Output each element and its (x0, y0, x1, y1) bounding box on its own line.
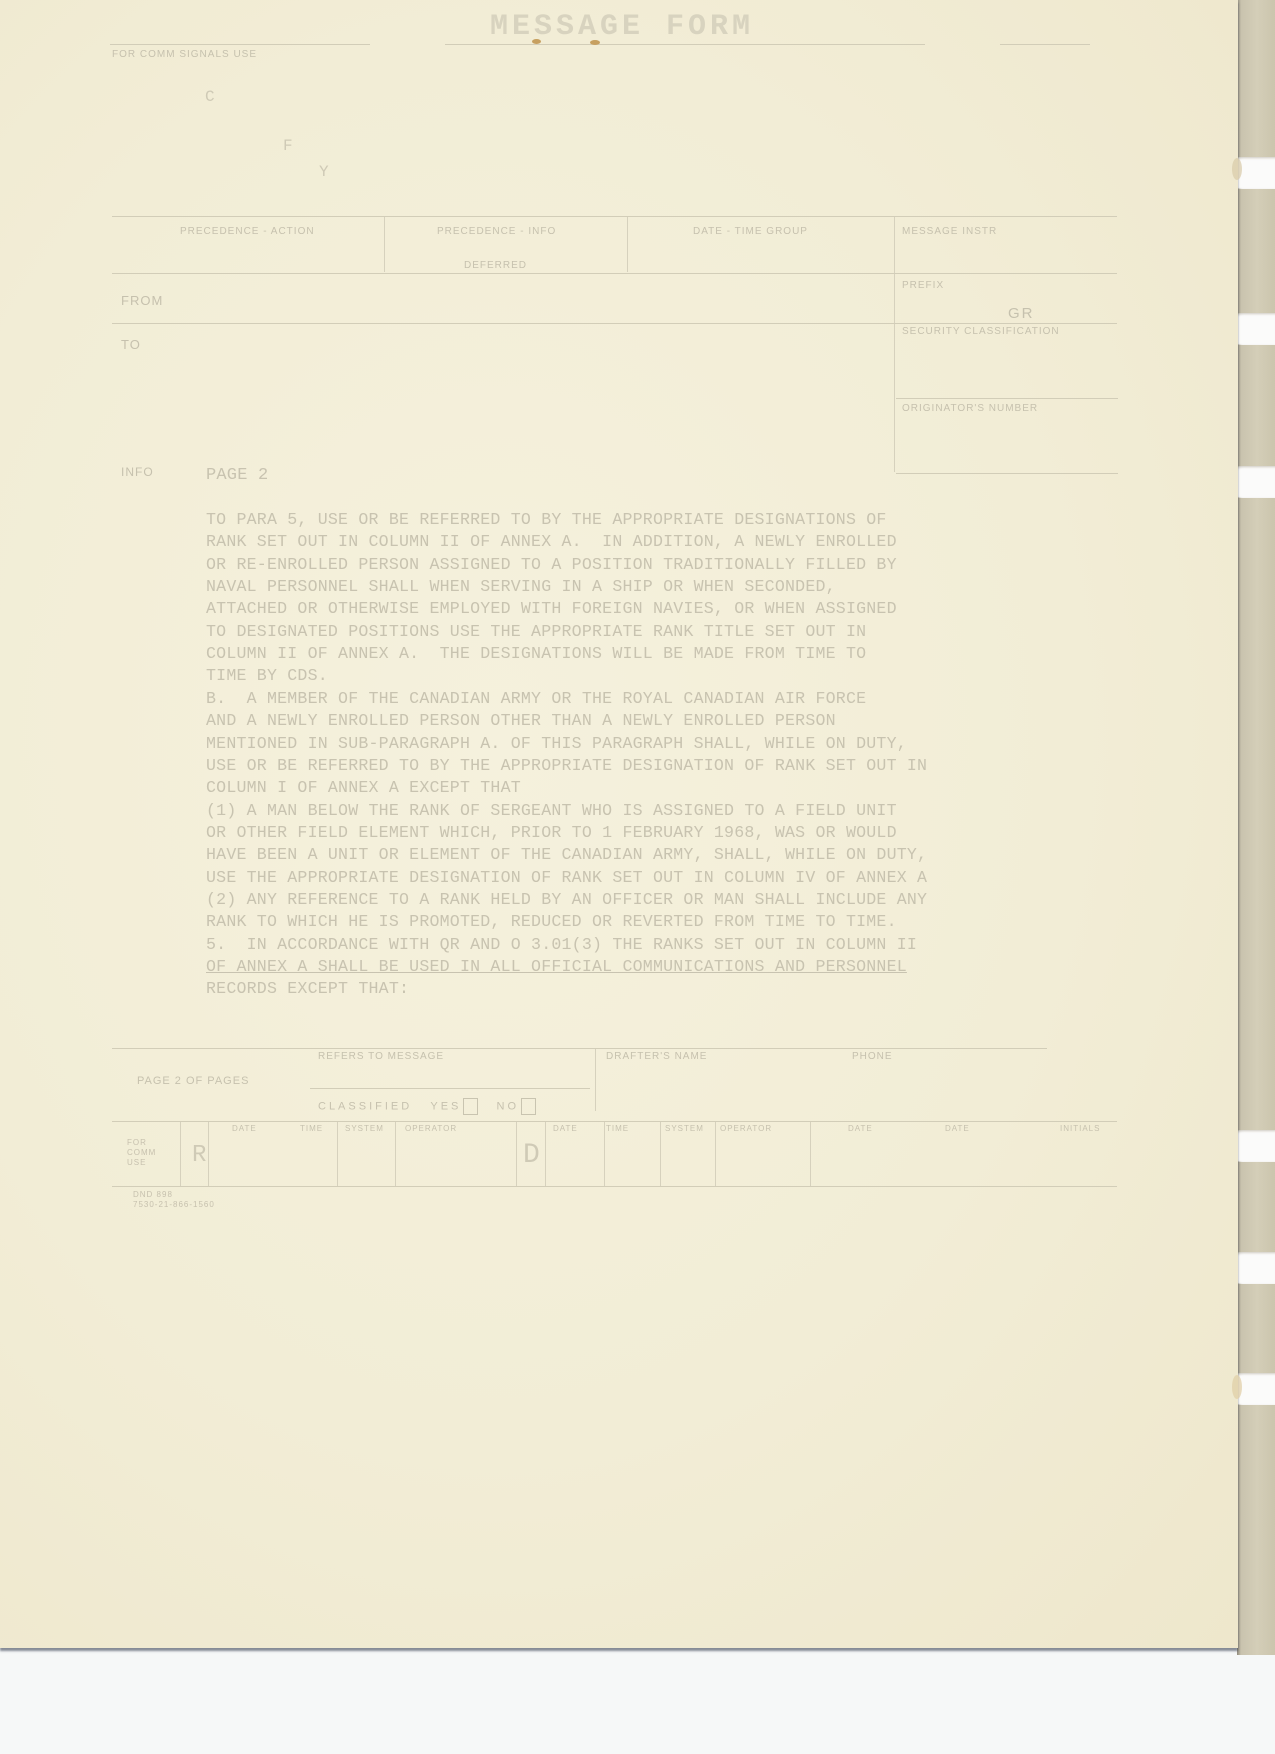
classified-label: CLASSIFIED (318, 1100, 412, 1112)
classified-no-checkbox[interactable] (521, 1098, 536, 1115)
classified-yes-checkbox[interactable] (463, 1098, 478, 1115)
form-title: MESSAGE FORM (490, 10, 754, 44)
divider (896, 398, 1118, 399)
rust-stain (590, 40, 600, 45)
divider (384, 217, 385, 272)
divider (660, 1122, 661, 1186)
classified-field: CLASSIFIED YES NO (318, 1098, 536, 1115)
date-time-group-label: DATE - TIME GROUP (693, 226, 808, 237)
message-body-line: RANK TO WHICH HE IS PROMOTED, REDUCED OR… (206, 911, 897, 933)
info-label: INFO (121, 465, 154, 479)
message-body-line: 5. IN ACCORDANCE WITH QR AND O 3.01(3) T… (206, 934, 917, 956)
divider (896, 473, 1118, 474)
message-body-line: TO DESIGNATED POSITIONS USE THE APPROPRI… (206, 621, 866, 643)
rust-stain (532, 39, 541, 44)
comm-use-column-heading: OPERATOR (405, 1124, 457, 1133)
row-label-line: FOR (127, 1138, 156, 1148)
divider (395, 1122, 396, 1186)
binder-spine (1237, 0, 1275, 1655)
divider (604, 1122, 605, 1186)
message-body-line: OR RE-ENROLLED PERSON ASSIGNED TO A POSI… (206, 554, 897, 576)
form-number: DND 898 7530-21-866-1560 (133, 1190, 215, 1210)
deferred-label: DEFERRED (464, 260, 527, 271)
divider (112, 273, 1117, 274)
divider (112, 1048, 1047, 1049)
comm-use-column-heading: SYSTEM (665, 1124, 704, 1133)
message-body-line: USE THE APPROPRIATE DESIGNATION OF RANK … (206, 867, 927, 889)
message-body-line: TIME BY CDS. (206, 665, 328, 687)
message-body-line: MENTIONED IN SUB-PARAGRAPH A. OF THIS PA… (206, 733, 907, 755)
delivered-mark: D (523, 1140, 540, 1171)
divider (208, 1122, 209, 1186)
routing-letter: F (283, 137, 293, 155)
hole-wear-mark (1232, 1375, 1242, 1399)
comm-use-column-heading: INITIALS (1060, 1124, 1100, 1133)
divider (112, 1186, 1117, 1187)
divider (112, 323, 1117, 324)
comm-use-column-heading: DATE (553, 1124, 578, 1133)
divider (810, 1122, 811, 1186)
divider (112, 1121, 1117, 1122)
message-body-line: OF ANNEX A SHALL BE USED IN ALL OFFICIAL… (206, 956, 907, 978)
message-body-line: (1) A MAN BELOW THE RANK OF SERGEANT WHO… (206, 800, 897, 822)
message-form-page: MESSAGE FORM FOR COMM SIGNALS USE C F Y … (0, 0, 1238, 1648)
message-body-line: RECORDS EXCEPT THAT: (206, 978, 409, 1000)
message-body-line: OR OTHER FIELD ELEMENT WHICH, PRIOR TO 1… (206, 822, 897, 844)
comm-use-row-label: FOR COMM USE (127, 1138, 156, 1168)
message-body-line: COLUMN I OF ANNEX A EXCEPT THAT (206, 777, 521, 799)
message-body-line: (2) ANY REFERENCE TO A RANK HELD BY AN O… (206, 889, 927, 911)
message-body-line: RANK SET OUT IN COLUMN II OF ANNEX A. IN… (206, 531, 897, 553)
message-body-line: TO PARA 5, USE OR BE REFERRED TO BY THE … (206, 509, 887, 531)
message-body-line: COLUMN II OF ANNEX A. THE DESIGNATIONS W… (206, 643, 866, 665)
divider (595, 1049, 596, 1111)
from-label: FROM (121, 293, 163, 308)
row-label-line: COMM (127, 1148, 156, 1158)
message-body-line: HAVE BEEN A UNIT OR ELEMENT OF THE CANAD… (206, 844, 927, 866)
divider (627, 217, 628, 272)
divider (310, 1088, 590, 1089)
form-number-line: 7530-21-866-1560 (133, 1200, 215, 1210)
row-label-line: USE (127, 1158, 156, 1168)
divider (445, 44, 925, 45)
divider (180, 1122, 181, 1186)
comm-use-column-heading: SYSTEM (345, 1124, 384, 1133)
divider (112, 216, 1117, 217)
yes-label: YES (430, 1100, 461, 1112)
comm-use-column-heading: DATE (848, 1124, 873, 1133)
divider (337, 1122, 338, 1186)
prefix-value: GR (1008, 305, 1035, 322)
routing-letter: C (205, 88, 215, 106)
no-label: NO (497, 1100, 520, 1112)
refers-to-message-label: REFERS TO MESSAGE (318, 1051, 444, 1062)
divider (715, 1122, 716, 1186)
message-body-line: AND A NEWLY ENROLLED PERSON OTHER THAN A… (206, 710, 836, 732)
message-body-line: USE OR BE REFERRED TO BY THE APPROPRIATE… (206, 755, 927, 777)
divider (1000, 44, 1090, 45)
comm-use-column-heading: DATE (945, 1124, 970, 1133)
divider (894, 217, 895, 472)
message-body-line: B. A MEMBER OF THE CANADIAN ARMY OR THE … (206, 688, 866, 710)
phone-label: PHONE (852, 1051, 893, 1062)
message-instr-label: MESSAGE INSTR (902, 226, 997, 237)
page-of-pages: PAGE 2 OF PAGES (137, 1075, 249, 1087)
precedence-action-label: PRECEDENCE - ACTION (180, 226, 315, 237)
comm-use-column-heading: TIME (606, 1124, 629, 1133)
comm-use-column-heading: OPERATOR (720, 1124, 772, 1133)
routing-letter: Y (319, 163, 329, 181)
page-heading: PAGE 2 (206, 465, 268, 487)
divider (516, 1122, 517, 1186)
divider (545, 1122, 546, 1186)
prefix-label: PREFIX (902, 280, 944, 291)
divider (110, 44, 370, 45)
drafters-name-label: DRAFTER'S NAME (606, 1051, 707, 1062)
hole-wear-mark (1232, 158, 1242, 180)
message-body-line: NAVAL PERSONNEL SHALL WHEN SERVING IN A … (206, 576, 836, 598)
precedence-info-label: PRECEDENCE - INFO (437, 226, 556, 237)
comm-use-column-heading: DATE (232, 1124, 257, 1133)
comm-use-column-heading: TIME (300, 1124, 323, 1133)
originators-number-label: ORIGINATOR'S NUMBER (902, 403, 1038, 414)
received-mark: R (192, 1142, 206, 1169)
security-classification-label: SECURITY CLASSIFICATION (902, 326, 1060, 337)
message-body-line: ATTACHED OR OTHERWISE EMPLOYED WITH FORE… (206, 598, 897, 620)
to-label: TO (121, 337, 141, 352)
form-number-line: DND 898 (133, 1190, 215, 1200)
comm-use-note: FOR COMM SIGNALS USE (112, 49, 257, 60)
